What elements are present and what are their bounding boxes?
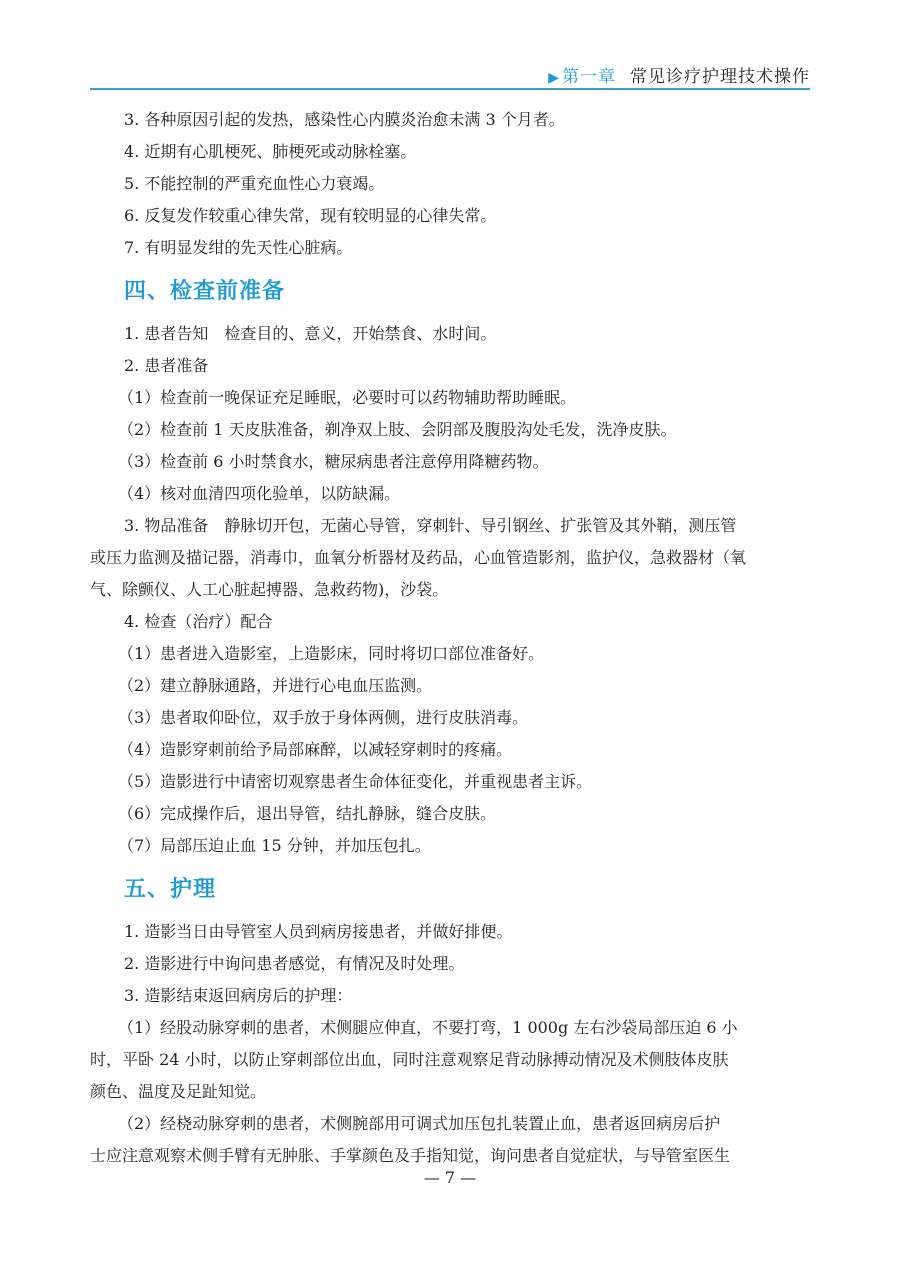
header-text: ▶第一章常见诊疗护理技术操作 — [548, 62, 810, 87]
paragraph-line: 时，平卧 24 小时，以防止穿刺部位出血，同时注意观察足背动脉搏动情况及术侧肢体… — [90, 1044, 810, 1076]
paragraph-line: 气、除颤仪、人工心脏起搏器、急救药物)，沙袋。 — [90, 574, 810, 606]
triangle-marker-icon: ▶ — [548, 70, 560, 86]
sub-item: （3）检查前 6 小时禁食水，糖尿病患者注意停用降糖药物。 — [90, 446, 810, 478]
paragraph-line: （2）经桡动脉穿刺的患者，术侧腕部用可调式加压包扎装置止血，患者返回病房后护 — [90, 1108, 810, 1140]
running-header: ▶第一章常见诊疗护理技术操作 — [90, 58, 810, 90]
list-item: 4. 近期有心肌梗死、肺梗死或动脉栓塞。 — [90, 136, 810, 168]
sub-item: （2）检查前 1 天皮肤准备，剃净双上肢、会阴部及腹股沟处毛发，洗净皮肤。 — [90, 414, 810, 446]
list-item: 7. 有明显发绀的先天性心脏病。 — [90, 232, 810, 264]
list-item: 2. 造影进行中询问患者感觉，有情况及时处理。 — [90, 948, 810, 980]
list-item: 2. 患者准备 — [90, 350, 810, 382]
list-item: 5. 不能控制的严重充血性心力衰竭。 — [90, 168, 810, 200]
sub-item: （3）患者取仰卧位，双手放于身体两侧，进行皮肤消毒。 — [90, 702, 810, 734]
sub-item: （4）造影穿刺前给予局部麻醉，以减轻穿刺时的疼痛。 — [90, 734, 810, 766]
list-item: 3. 各种原因引起的发热，感染性心内膜炎治愈未满 3 个月者。 — [90, 104, 810, 136]
list-item: 3. 造影结束返回病房后的护理： — [90, 980, 810, 1012]
list-item: 4. 检查（治疗）配合 — [90, 606, 810, 638]
list-item: 1. 造影当日由导管室人员到病房接患者，并做好排便。 — [90, 916, 810, 948]
page-number: — 7 — — [0, 1168, 900, 1187]
page-body: 3. 各种原因引起的发热，感染性心内膜炎治愈未满 3 个月者。 4. 近期有心肌… — [90, 104, 810, 1172]
section-heading-nursing: 五、护理 — [90, 870, 810, 910]
list-item: 6. 反复发作较重心律失常，现有较明显的心律失常。 — [90, 200, 810, 232]
sub-item: （4）核对血清四项化验单，以防缺漏。 — [90, 478, 810, 510]
paragraph-line: 颜色、温度及足趾知觉。 — [90, 1076, 810, 1108]
chapter-label: 第一章 — [562, 67, 616, 87]
paragraph-line: 3. 物品准备 静脉切开包，无菌心导管，穿刺针、导引钢丝、扩张管及其外鞘，测压管 — [90, 510, 810, 542]
sub-item: （7）局部压迫止血 15 分钟，并加压包扎。 — [90, 830, 810, 862]
sub-item: （1）检查前一晚保证充足睡眠，必要时可以药物辅助帮助睡眠。 — [90, 382, 810, 414]
sub-item: （6）完成操作后，退出导管，结扎静脉，缝合皮肤。 — [90, 798, 810, 830]
paragraph-line: 或压力监测及描记器，消毒巾，血氧分析器材及药品，心血管造影剂，监护仪，急救器材（… — [90, 542, 810, 574]
sub-item: （2）建立静脉通路，并进行心电血压监测。 — [90, 670, 810, 702]
paragraph-line: （1）经股动脉穿刺的患者，术侧腿应伸直，不要打弯，1 000g 左右沙袋局部压迫… — [90, 1012, 810, 1044]
section-heading-preparation: 四、检查前准备 — [90, 272, 810, 312]
sub-item: （5）造影进行中请密切观察患者生命体征变化，并重视患者主诉。 — [90, 766, 810, 798]
chapter-title: 常见诊疗护理技术操作 — [630, 67, 810, 87]
sub-item: （1）患者进入造影室，上造影床，同时将切口部位准备好。 — [90, 638, 810, 670]
list-item: 1. 患者告知 检查目的、意义，开始禁食、水时间。 — [90, 318, 810, 350]
